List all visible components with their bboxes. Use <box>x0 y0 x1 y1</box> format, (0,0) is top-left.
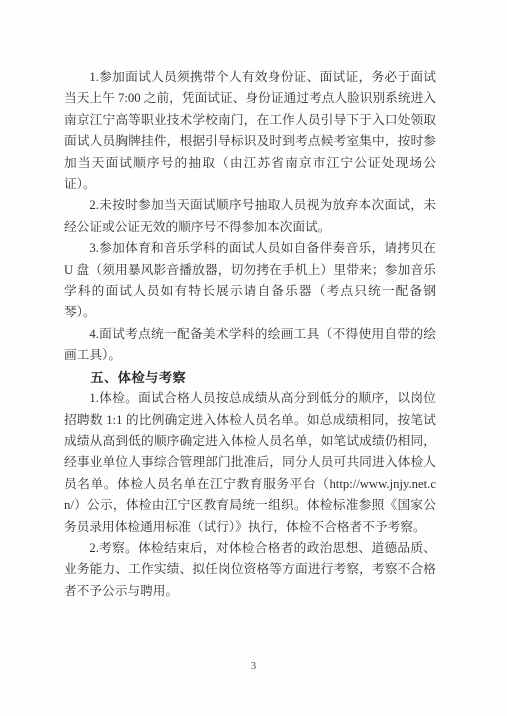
paragraph-interview-item-3: 3.参加体育和音乐学科的面试人员如自备伴奏音乐，请拷贝在U 盘（须用暴风影音播放… <box>64 238 436 324</box>
paragraph-interview-item-2: 2.未按时参加当天面试顺序号抽取人员视为放弃本次面试，未经公证或公证无效的顺序号… <box>64 195 436 238</box>
paragraph-interview-item-4: 4.面试考点统一配备美术学科的绘画工具（不得使用自带的绘画工具）。 <box>64 324 436 367</box>
document-body: 1.参加面试人员须携带个人有效身份证、面试证，务必于面试当天上午 7:00 之前… <box>64 67 436 602</box>
paragraph-interview-item-1: 1.参加面试人员须携带个人有效身份证、面试证，务必于面试当天上午 7:00 之前… <box>64 67 436 195</box>
document-page: 1.参加面试人员须携带个人有效身份证、面试证，务必于面试当天上午 7:00 之前… <box>0 0 507 716</box>
page-number: 3 <box>0 661 507 672</box>
section-heading-physical-exam-and-inspection: 五、体检与考察 <box>64 367 436 388</box>
paragraph-physical-exam: 1.体检。面试合格人员按总成绩从高分到低分的顺序，以岗位招聘数 1:1 的比例确… <box>64 388 436 538</box>
paragraph-inspection: 2.考察。体检结束后，对体检合格者的政治思想、道德品质、业务能力、工作实绩、拟任… <box>64 538 436 602</box>
